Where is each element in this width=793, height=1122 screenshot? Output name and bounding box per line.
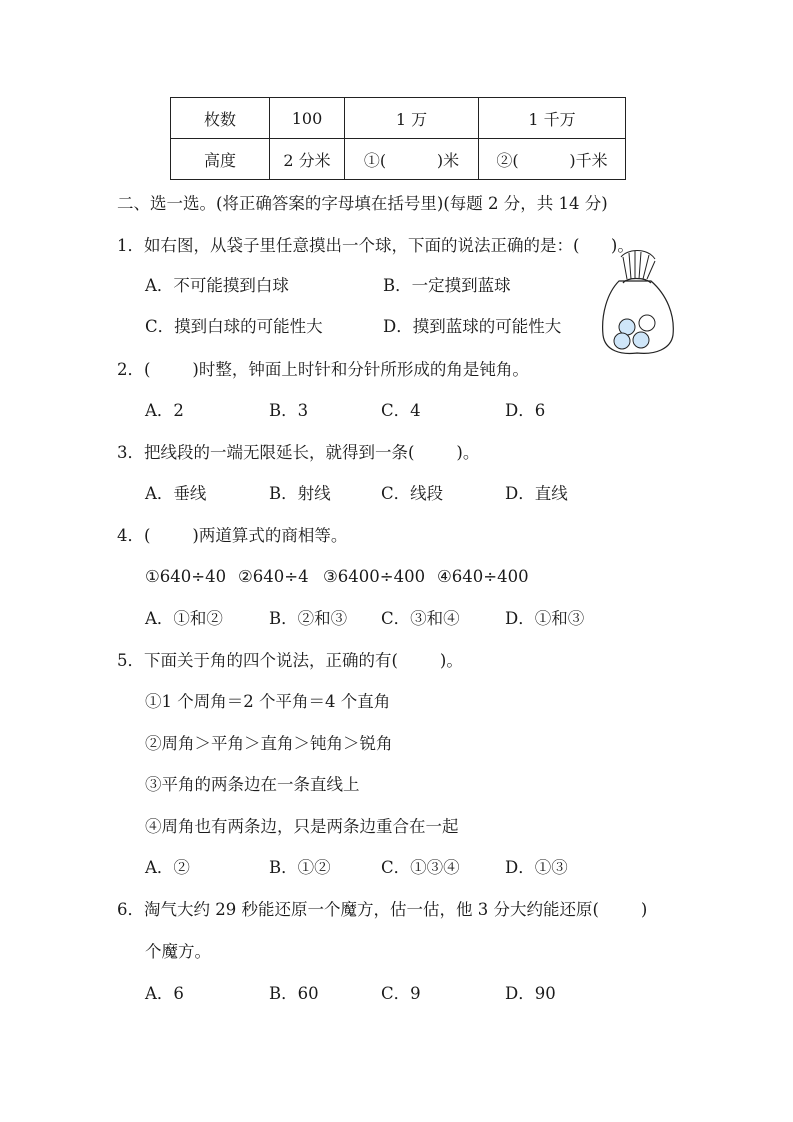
- q2-option-c[interactable]: C．4: [381, 401, 421, 421]
- answer-blank-cell[interactable]: ②( )千米: [479, 139, 626, 180]
- q5-statement-4: ④周角也有两条边，只是两条边重合在一起: [145, 817, 459, 837]
- question-5-stem: 5．下面关于角的四个说法，正确的有( )。: [117, 651, 463, 671]
- q5-option-a[interactable]: A．②: [145, 858, 190, 878]
- bag-of-balls-icon: [597, 243, 677, 358]
- q2-option-b[interactable]: B．3: [269, 401, 308, 421]
- table-row: 枚数 100 1 万 1 千万: [171, 98, 626, 139]
- q2-option-d[interactable]: D．6: [505, 401, 545, 421]
- q6-option-c[interactable]: C．9: [381, 984, 421, 1004]
- q1-option-d[interactable]: D．摸到蓝球的可能性大: [383, 317, 561, 337]
- table-cell: 100: [270, 98, 345, 139]
- coin-height-table: 枚数 100 1 万 1 千万 高度 2 分米 ①( )米 ②( )千米: [170, 97, 626, 180]
- question-3-stem: 3．把线段的一端无限延长，就得到一条( )。: [117, 443, 479, 463]
- q1-option-c[interactable]: C．摸到白球的可能性大: [145, 317, 323, 337]
- q4-item-3: ③6400÷400: [323, 567, 425, 587]
- worksheet-page: 枚数 100 1 万 1 千万 高度 2 分米 ①( )米 ②( )千米 二、选…: [0, 0, 793, 1122]
- q5-statement-2: ②周角＞平角＞直角＞钝角＞锐角: [145, 734, 393, 754]
- q3-option-b[interactable]: B．射线: [269, 484, 331, 504]
- question-1-stem: 1．如右图，从袋子里任意摸出一个球，下面的说法正确的是：( )。: [117, 236, 634, 256]
- q6-option-b[interactable]: B．60: [269, 984, 319, 1004]
- question-2-stem: 2．( )时整，钟面上时针和分针所形成的角是钝角。: [117, 360, 529, 380]
- q6-option-a[interactable]: A．6: [145, 984, 184, 1004]
- q4-option-c[interactable]: C．③和④: [381, 609, 460, 629]
- question-4-stem: 4．( )两道算式的商相等。: [117, 526, 347, 546]
- q4-option-b[interactable]: B．②和③: [269, 609, 347, 629]
- table-cell: 1 千万: [479, 98, 626, 139]
- q4-item-4: ④640÷400: [437, 567, 529, 587]
- q5-option-d[interactable]: D．①③: [505, 858, 568, 878]
- q3-option-d[interactable]: D．直线: [505, 484, 568, 504]
- question-6-stem: 6．淘气大约 29 秒能还原一个魔方，估一估，他 3 分大约能还原( ): [117, 900, 647, 920]
- table-cell: 高度: [171, 139, 270, 180]
- answer-blank-cell[interactable]: ①( )米: [345, 139, 479, 180]
- question-6-stem-continued: 个魔方。: [145, 942, 211, 962]
- q5-statement-1: ①1 个周角＝2 个平角＝4 个直角: [145, 692, 390, 712]
- q3-option-a[interactable]: A．垂线: [145, 484, 206, 504]
- q4-option-a[interactable]: A．①和②: [145, 609, 223, 629]
- q4-item-1: ①640÷40: [145, 567, 226, 587]
- q4-item-2: ②640÷4: [238, 567, 309, 587]
- table-cell: 枚数: [171, 98, 270, 139]
- table-row: 高度 2 分米 ①( )米 ②( )千米: [171, 139, 626, 180]
- q5-option-c[interactable]: C．①③④: [381, 858, 460, 878]
- q5-option-b[interactable]: B．①②: [269, 858, 331, 878]
- section-title: 二、选一选。(将正确答案的字母填在括号里)(每题 2 分，共 14 分): [117, 194, 608, 214]
- q3-option-c[interactable]: C．线段: [381, 484, 443, 504]
- q4-option-d[interactable]: D．①和③: [505, 609, 584, 629]
- table-cell: 1 万: [345, 98, 479, 139]
- q1-option-a[interactable]: A．不可能摸到白球: [145, 276, 289, 296]
- table-cell: 2 分米: [270, 139, 345, 180]
- q1-option-b[interactable]: B．一定摸到蓝球: [383, 276, 511, 296]
- q2-option-a[interactable]: A．2: [145, 401, 184, 421]
- q6-option-d[interactable]: D．90: [505, 984, 556, 1004]
- q5-statement-3: ③平角的两条边在一条直线上: [145, 775, 360, 795]
